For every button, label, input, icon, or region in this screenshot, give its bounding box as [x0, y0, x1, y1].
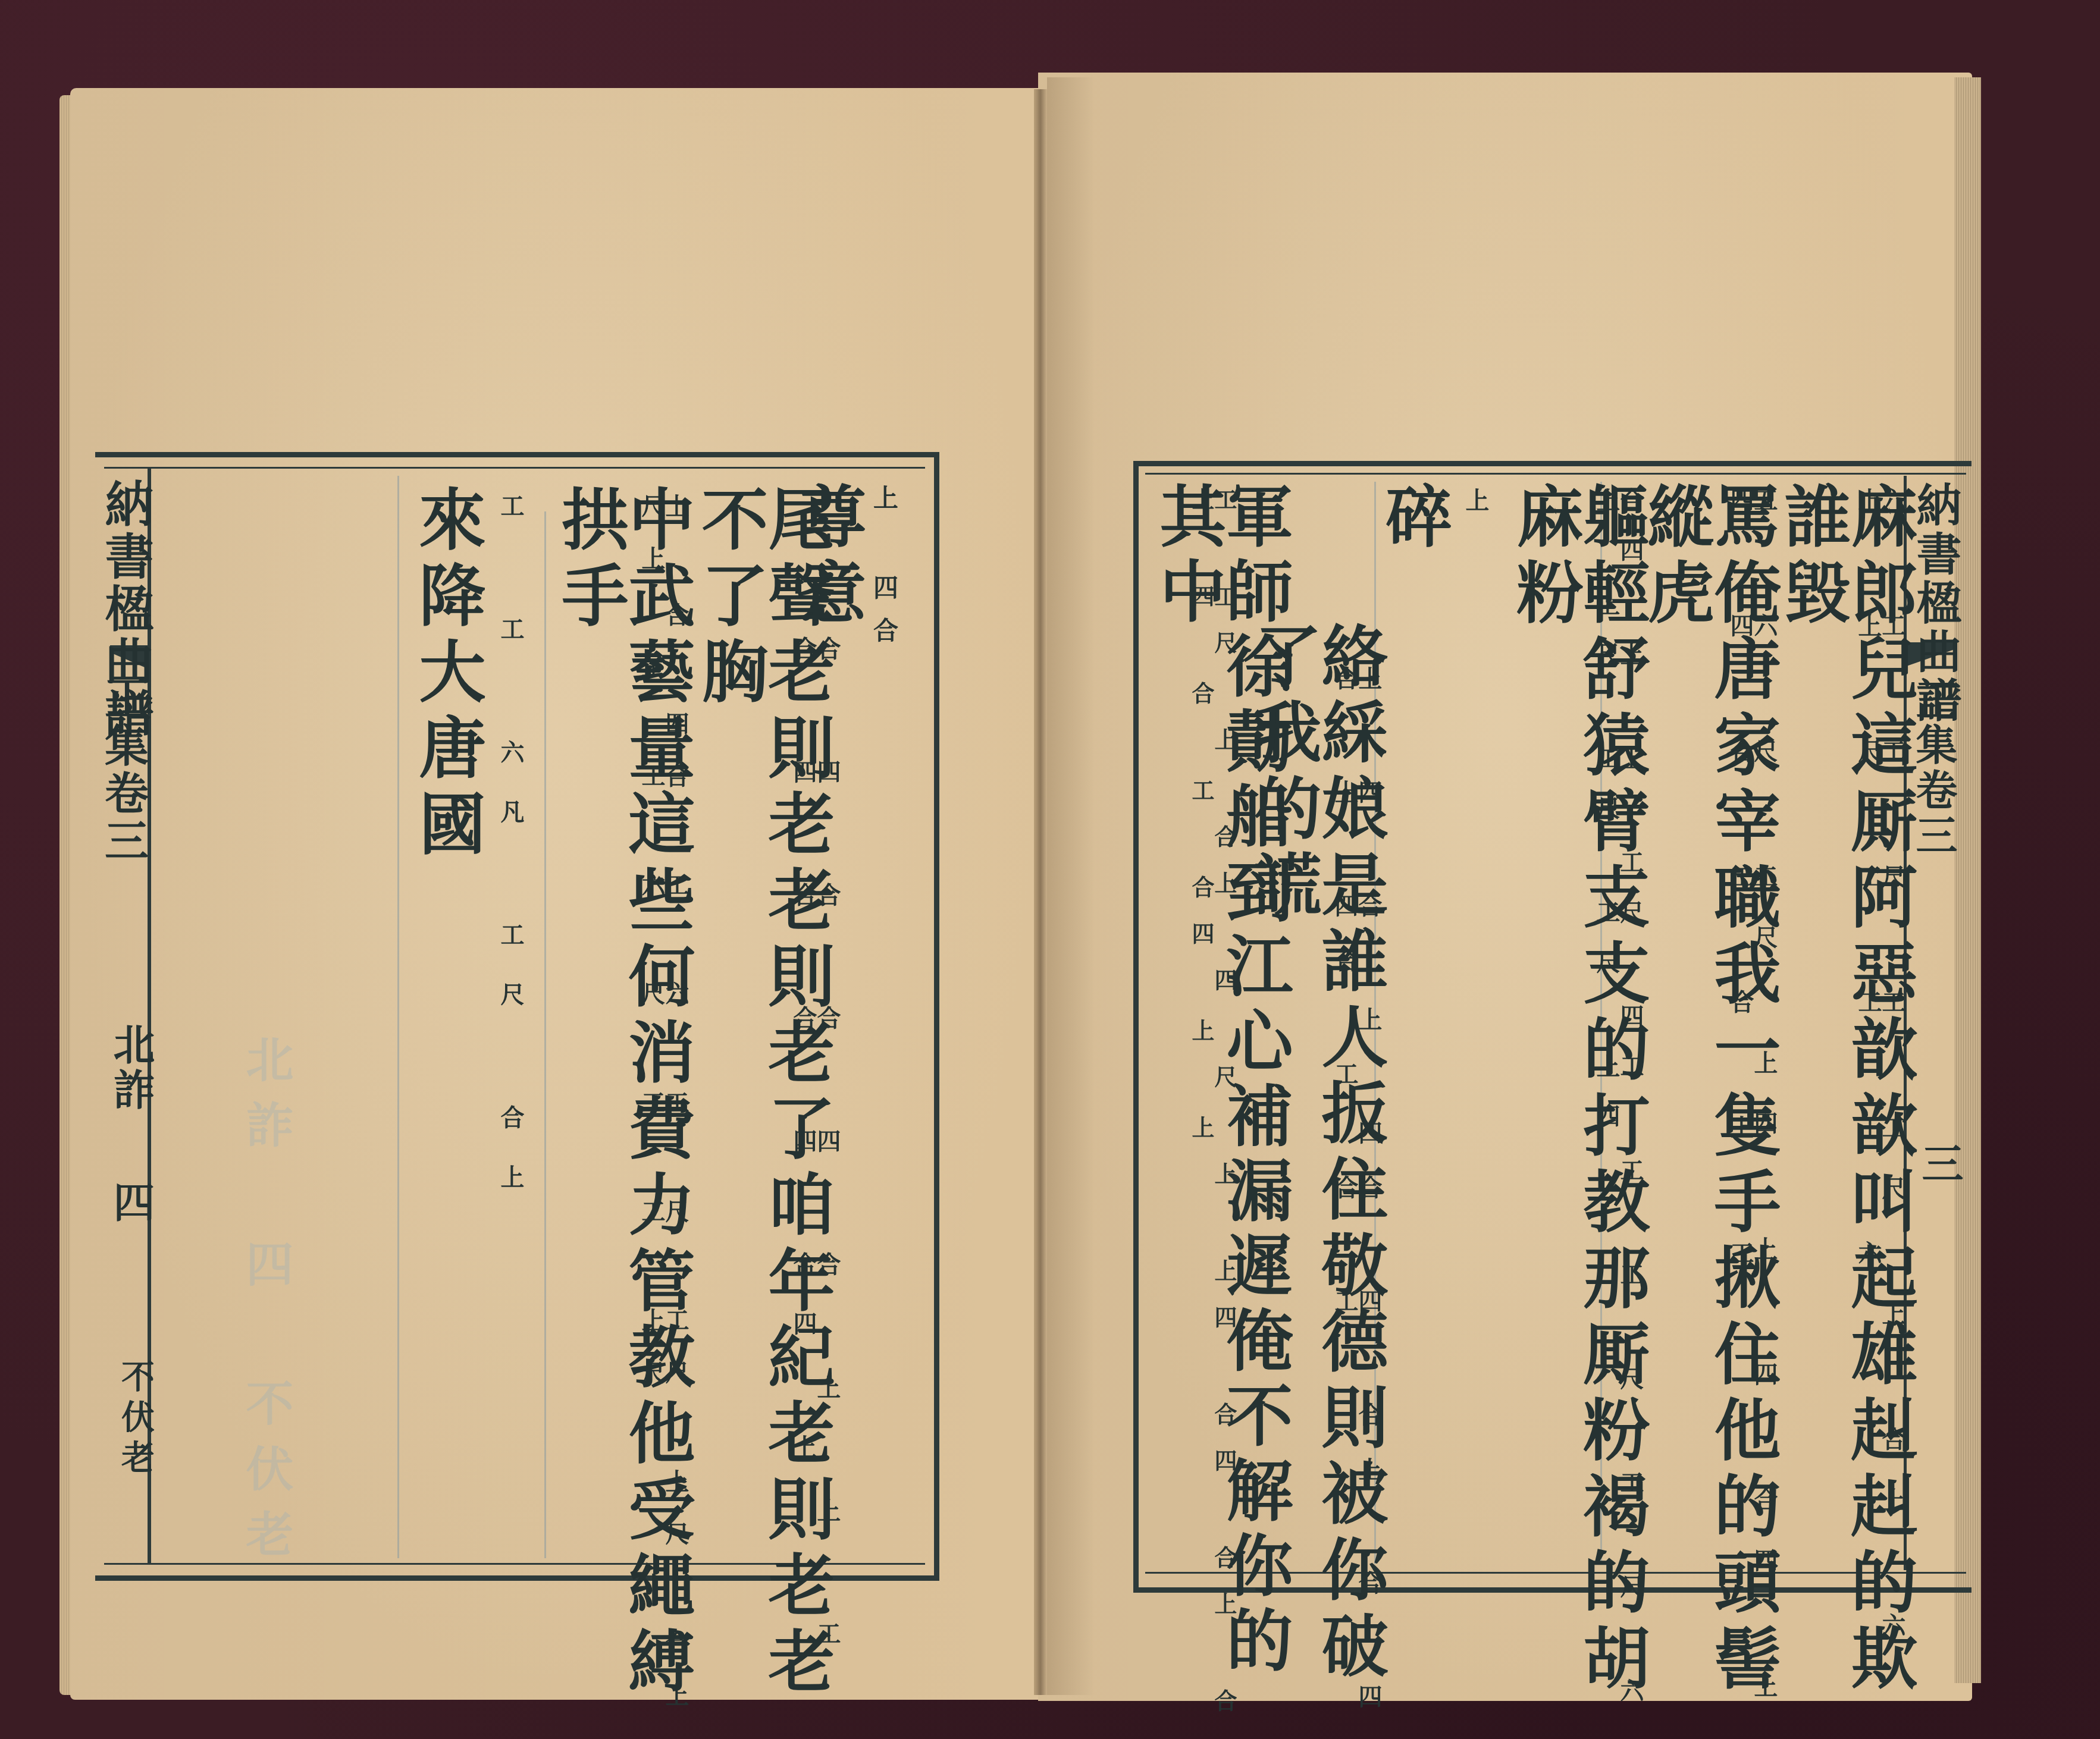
notation-column: 工 工 六凡 工尺 合上	[499, 494, 522, 1224]
lyrics-column: 罵俺唐家宰職我一隻手揪住他的頭髻縱虎	[1642, 482, 1775, 1739]
left-margin-volume: 正集卷三	[101, 675, 145, 865]
book-gutter	[1034, 89, 1047, 1695]
notation-column: 上 四合	[872, 485, 897, 660]
left-margin-scene: 不伏老	[119, 1359, 152, 1480]
gutter-shadow	[1047, 77, 1095, 1695]
show-through-marks: 北詐 四 不伏老	[232, 1035, 300, 1575]
lyrics-column: 軀輕舒猿臂支支的打教那厮粉褐的胡麻粉	[1511, 482, 1644, 1739]
lyrics-column: 來降大唐國	[413, 485, 480, 865]
column-rule	[544, 511, 546, 1558]
right-margin-page-number: 三	[1919, 1142, 1960, 1187]
lyrics-column: 碎	[1380, 482, 1447, 557]
left-margin-page-number: 四	[110, 1181, 152, 1226]
left-margin-play: 北詐	[110, 1023, 152, 1113]
lyrics-column: 尾聲老則老老則老了咱年紀老則老老不了胸	[696, 485, 829, 1739]
lyrics-column: 軍師徐勣船到江心補漏遲俺不解你的其中	[1154, 482, 1287, 1739]
notation-column: 上	[1463, 488, 1487, 547]
column-rule	[397, 476, 399, 1558]
lyrics-column: 中武藝量這些何消費力管教他受繩縛拱手	[556, 485, 689, 1739]
right-margin-volume: 正集卷三	[1913, 678, 1954, 859]
lyrics-column: 麻郎兒這厮阿惡歆歆叫起雄赳赳的欺誰毀	[1779, 482, 1912, 1739]
